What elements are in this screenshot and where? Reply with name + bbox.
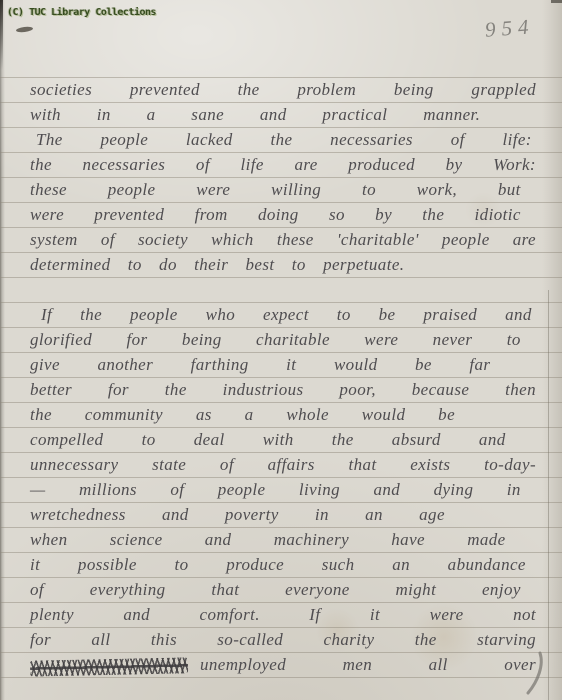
manuscript-line: with in a sane and practical manner.	[30, 102, 480, 127]
manuscript-line: — millions of people living and dying in	[30, 477, 521, 502]
manuscript-line: The people lacked the necessaries of lif…	[36, 127, 532, 152]
manuscript-page-scan: (C) TUC Library Collections 954 societie…	[0, 0, 562, 700]
paper-crease	[548, 290, 549, 700]
pencil-mark	[524, 650, 546, 700]
scribbled-out-word	[30, 657, 188, 676]
manuscript-line: the necessaries of life are produced by …	[30, 152, 536, 177]
manuscript-line: these people were willing to work, but	[30, 177, 521, 202]
manuscript-line: unnecessary state of affairs that exists…	[30, 452, 536, 477]
manuscript-line: were prevented from doing so by the idio…	[30, 202, 521, 227]
paragraph-gap	[30, 277, 536, 302]
manuscript-line: the community as a whole would be	[30, 402, 455, 427]
manuscript-line: determined to do their best to perpetuat…	[30, 252, 404, 277]
manuscript-line: it possible to produce such an abundance	[30, 552, 526, 577]
manuscript-line: If the people who expect to be praised a…	[41, 302, 532, 327]
ink-smudge	[16, 26, 33, 33]
manuscript-line: societies prevented the problem being gr…	[30, 77, 536, 102]
manuscript-line: wretchedness and poverty in an age	[30, 502, 445, 527]
manuscript-line-text: unemployed men all over	[200, 652, 536, 677]
manuscript-line: when science and machinery have made	[30, 527, 506, 552]
manuscript-line: of everything that everyone might enjoy	[30, 577, 521, 602]
manuscript-line: plenty and comfort. If it were not	[30, 602, 536, 627]
manuscript-line: compelled to deal with the absurd and	[30, 427, 506, 452]
scan-corner-mark	[551, 0, 562, 3]
scan-edge-shadow	[0, 0, 3, 70]
manuscript-line: glorified for being charitable were neve…	[30, 327, 521, 352]
manuscript-line: for all this so-called charity the starv…	[30, 627, 536, 652]
manuscript-line: better for the industrious poor, because…	[30, 377, 536, 402]
page-number: 954	[484, 14, 535, 42]
library-watermark: (C) TUC Library Collections	[7, 7, 156, 18]
manuscript-line: unemployed men all over	[30, 652, 536, 677]
manuscript-line: system of society which these 'charitabl…	[30, 227, 536, 252]
manuscript-line: give another farthing it would be far	[30, 352, 490, 377]
handwritten-text-block: societies prevented the problem being gr…	[30, 77, 536, 677]
